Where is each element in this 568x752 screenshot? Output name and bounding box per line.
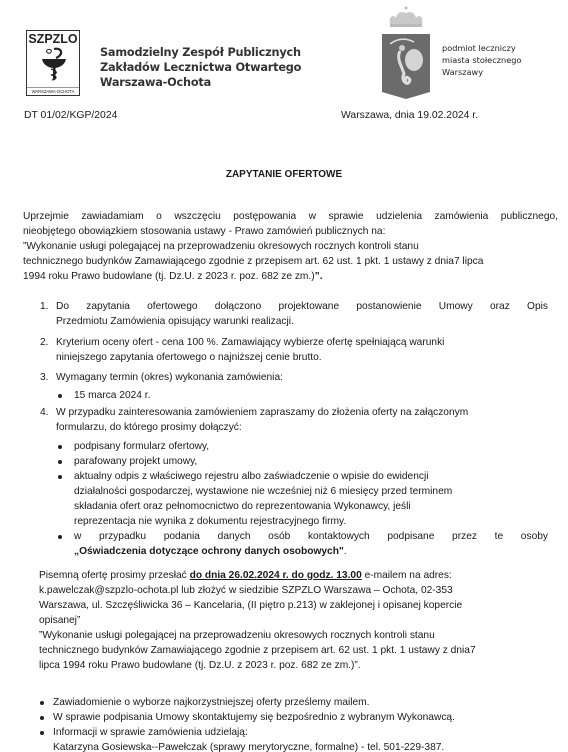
intro-line: Uprzejmie zawiadamiam o wszczęciu postęp…	[23, 209, 558, 224]
offer-line: Pisemną ofertę prosimy przesłać do dnia …	[39, 568, 549, 583]
bullet-text: Zawiadomienie o wyborze najkorzystniejsz…	[53, 695, 553, 710]
bullet-text: „Oświadczenia dotyczące ochrony danych o…	[74, 544, 548, 559]
offer-line: k.pawelczak@szpzlo-ochota.pl lub złożyć …	[39, 583, 549, 598]
intro-line-text: 1994 roku Prawo budowlane (tj. Dz.U. z 2…	[23, 271, 315, 282]
offer-submission-paragraph: Pisemną ofertę prosimy przesłać do dnia …	[39, 568, 549, 673]
document-page: SZPZLO WARSZAWA-OCHOTA Samodzielny Zespó…	[0, 0, 568, 752]
intro-paragraph: Uprzejmie zawiadamiam o wszczęciu postęp…	[23, 209, 558, 284]
gdpr-declaration-title: „Oświadczenia dotyczące ochrony danych o…	[74, 546, 344, 557]
offer-line: Warszawa, ul. Szczęśliwicka 36 – Kancela…	[39, 598, 549, 613]
offer-deadline: do dnia 26.02.2024 r. do godz. 13.00	[190, 570, 362, 581]
bullet-icon	[40, 731, 44, 735]
offer-text: Pisemną ofertę prosimy przesłać	[39, 570, 190, 581]
offer-line: lipca 1994 roku Prawo budowlane (tj. Dz.…	[39, 658, 549, 673]
intro-line: ”Wykonanie usługi polegającej na przepro…	[23, 239, 558, 254]
offer-line: ”Wykonanie usługi polegającej na przepro…	[39, 628, 549, 643]
numbered-item-4: 4. W przypadku zainteresowania zamówieni…	[23, 405, 548, 559]
bullet-item: w przypadku podania danych osób kontakto…	[23, 529, 548, 559]
item-line: W przypadku zainteresowania zamówieniem …	[56, 405, 548, 420]
place-and-date: Warszawa, dnia 19.02.2024 r.	[341, 110, 478, 121]
bowl-of-hygieia-icon	[38, 47, 70, 81]
intro-line: nieobjętego obowiązkiem stosowania ustaw…	[23, 224, 558, 239]
bullet-text: 15 marca 2024 r.	[74, 388, 548, 403]
numbered-item-2: 2. Kryterium oceny ofert - cena 100 %. Z…	[23, 335, 548, 365]
bullet-icon	[40, 716, 44, 720]
bullet-item: Zawiadomienie o wyborze najkorzystniejsz…	[23, 695, 553, 710]
bullet-icon	[58, 475, 62, 479]
item-line: niniejszego zapytania ofertowego o najni…	[56, 350, 548, 365]
bullet-icon	[58, 535, 62, 539]
warsaw-coat-of-arms-icon	[380, 4, 432, 100]
item-number: 2.	[40, 335, 49, 350]
bullet-icon	[58, 394, 62, 398]
item-number: 4.	[40, 405, 49, 420]
numbered-item-1: 1. Do zapytania ofertowego dołączono pro…	[23, 299, 548, 329]
offer-text: e-mailem na adres:	[362, 570, 452, 581]
city-text-line: Warszawy	[442, 66, 521, 78]
contact-person: Katarzyna Gosiewska--Pawełczak (sprawy m…	[53, 740, 553, 752]
offer-line: technicznego budynków Zamawiającego zgod…	[39, 643, 549, 658]
szpzlo-logo: SZPZLO WARSZAWA-OCHOTA	[26, 30, 80, 96]
bullet-item: W sprawie podpisania Umowy skontaktujemy…	[23, 710, 553, 725]
document-title: ZAPYTANIE OFERTOWE	[0, 169, 568, 180]
bullet-item: aktualny odpis z właściwego rejestru alb…	[23, 469, 548, 529]
bullet-icon	[58, 445, 62, 449]
bullet-item: 15 marca 2024 r.	[23, 388, 548, 403]
logo-abbreviation: SZPZLO	[27, 32, 79, 46]
bullet-text: w przypadku podania danych osób kontakto…	[74, 529, 548, 544]
item-line: formularzu, do którego prosimy dołączyć:	[56, 420, 548, 435]
bullet-text: reprezentacja nie wynika z dokumentu rej…	[74, 514, 548, 529]
bullet-text: działalności gospodarczej, wystawione ni…	[74, 484, 548, 499]
bullet-text: składania ofert oraz pełnomocnictwo do r…	[74, 499, 548, 514]
bullet-text: aktualny odpis z właściwego rejestru alb…	[74, 469, 548, 484]
org-name-line: Zakładów Lecznictwa Otwartego	[100, 60, 301, 75]
city-text-line: miasta stołecznego	[442, 54, 521, 66]
numbered-item-3: 3. Wymagany termin (okres) wykonania zam…	[23, 370, 548, 403]
bullet-text: Informacji w sprawie zamówienia udzielaj…	[53, 725, 553, 740]
bullet-text: podpisany formularz ofertowy,	[74, 439, 548, 454]
bullet-text: parafowany projekt umowy,	[74, 454, 548, 469]
item-number: 3.	[40, 370, 49, 385]
offer-line: opisanej”	[39, 613, 549, 628]
bullet-icon	[40, 701, 44, 705]
item-line: Do zapytania ofertowego dołączono projek…	[56, 299, 548, 314]
item-line: Kryterium oceny ofert - cena 100 %. Zama…	[56, 335, 548, 350]
org-name-line: Samodzielny Zespół Publicznych	[100, 45, 301, 60]
org-name-line: Warszawa-Ochota	[100, 75, 301, 90]
intro-line: 1994 roku Prawo budowlane (tj. Dz.U. z 2…	[23, 269, 558, 284]
city-entity-label: podmiot leczniczy miasta stołecznego War…	[442, 42, 521, 78]
intro-line: technicznego budynków Zamawiającego zgod…	[23, 254, 558, 269]
bullet-item: parafowany projekt umowy,	[23, 454, 548, 469]
bullet-icon	[58, 460, 62, 464]
intro-line-end: ”.	[315, 271, 323, 282]
item-line: Wymagany termin (okres) wykonania zamówi…	[56, 370, 548, 385]
item-number: 1.	[40, 299, 49, 314]
bullet-text: W sprawie podpisania Umowy skontaktujemy…	[53, 710, 553, 725]
closing-notes: Zawiadomienie o wyborze najkorzystniejsz…	[23, 695, 553, 752]
bullet-text-end: .	[344, 546, 347, 557]
city-text-line: podmiot leczniczy	[442, 42, 521, 54]
logo-subtitle: WARSZAWA-OCHOTA	[27, 87, 79, 94]
item-line: Przedmiotu Zamówienia opisujący warunki …	[56, 314, 548, 329]
bullet-item: podpisany formularz ofertowy,	[23, 439, 548, 454]
document-reference: DT 01/02/KGP/2024	[24, 110, 117, 121]
bullet-item: Informacji w sprawie zamówienia udzielaj…	[23, 725, 553, 752]
organization-name: Samodzielny Zespół Publicznych Zakładów …	[100, 45, 301, 90]
